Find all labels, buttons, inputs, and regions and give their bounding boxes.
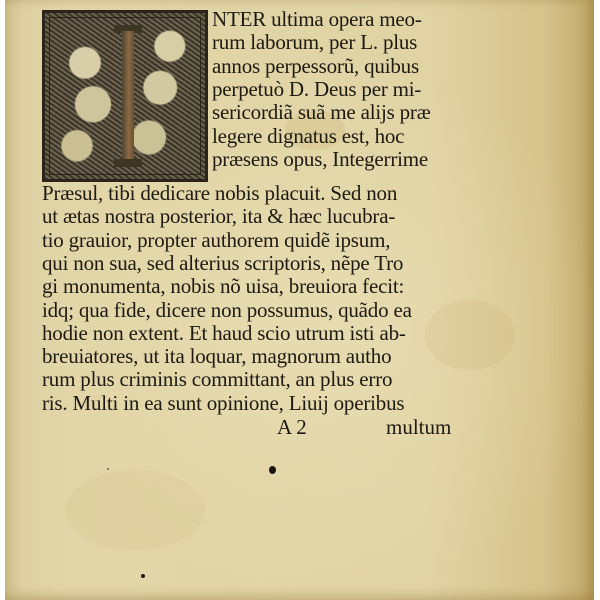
text-line: ut ætas nostra posterior, ita & hæc lucu…: [42, 205, 395, 228]
text-line: annos perpessorũ, quibus: [212, 55, 419, 78]
text-line: perpetuò D. Deus per mi-: [212, 78, 421, 101]
catchword: multum: [386, 415, 451, 440]
text-line: præsens opus, Integerrime: [212, 148, 428, 171]
signature-mark: A 2: [277, 415, 307, 440]
text-line: legere dignatus est, hoc: [212, 125, 404, 148]
text-line: ris. Multi in ea sunt opinione, Liuij op…: [42, 392, 404, 415]
initial-letter-i-glyph: [114, 21, 142, 171]
ink-speck: [141, 574, 145, 578]
text-line: tio grauior, propter authorem quidẽ ipsu…: [42, 229, 390, 252]
text-line: Præsul, tibi dedicare nobis placuit. Sed…: [42, 182, 397, 205]
paper-stain: [425, 300, 515, 370]
text-line: qui non sua, sed alterius scriptoris, nẽ…: [42, 252, 403, 275]
text-line: breuiatores, ut ita loquar, magnorum aut…: [42, 345, 391, 368]
ink-speck: [107, 468, 109, 470]
text-line: sericordiã suã me aliјs præ: [212, 101, 431, 124]
text-line: gi monumenta, nobis nõ uisa, breuiora fe…: [42, 275, 404, 298]
book-page: NTER ultima opera meo- rum laborum, per …: [5, 0, 594, 600]
text-line: rum plus criminis committant, an plus er…: [42, 368, 392, 391]
text-line: rum laborum, per L. plus: [212, 31, 417, 54]
paper-stain: [65, 470, 205, 550]
woodcut-initial-i: [42, 10, 208, 182]
wormhole-speck: [269, 466, 276, 474]
text-line: NTER ultima opera meo-: [212, 8, 422, 31]
text-line: idq; qua fide, dicere non possumus, quãd…: [42, 299, 412, 322]
text-line: hodie non extent. Et haud scio utrum ist…: [42, 322, 406, 345]
